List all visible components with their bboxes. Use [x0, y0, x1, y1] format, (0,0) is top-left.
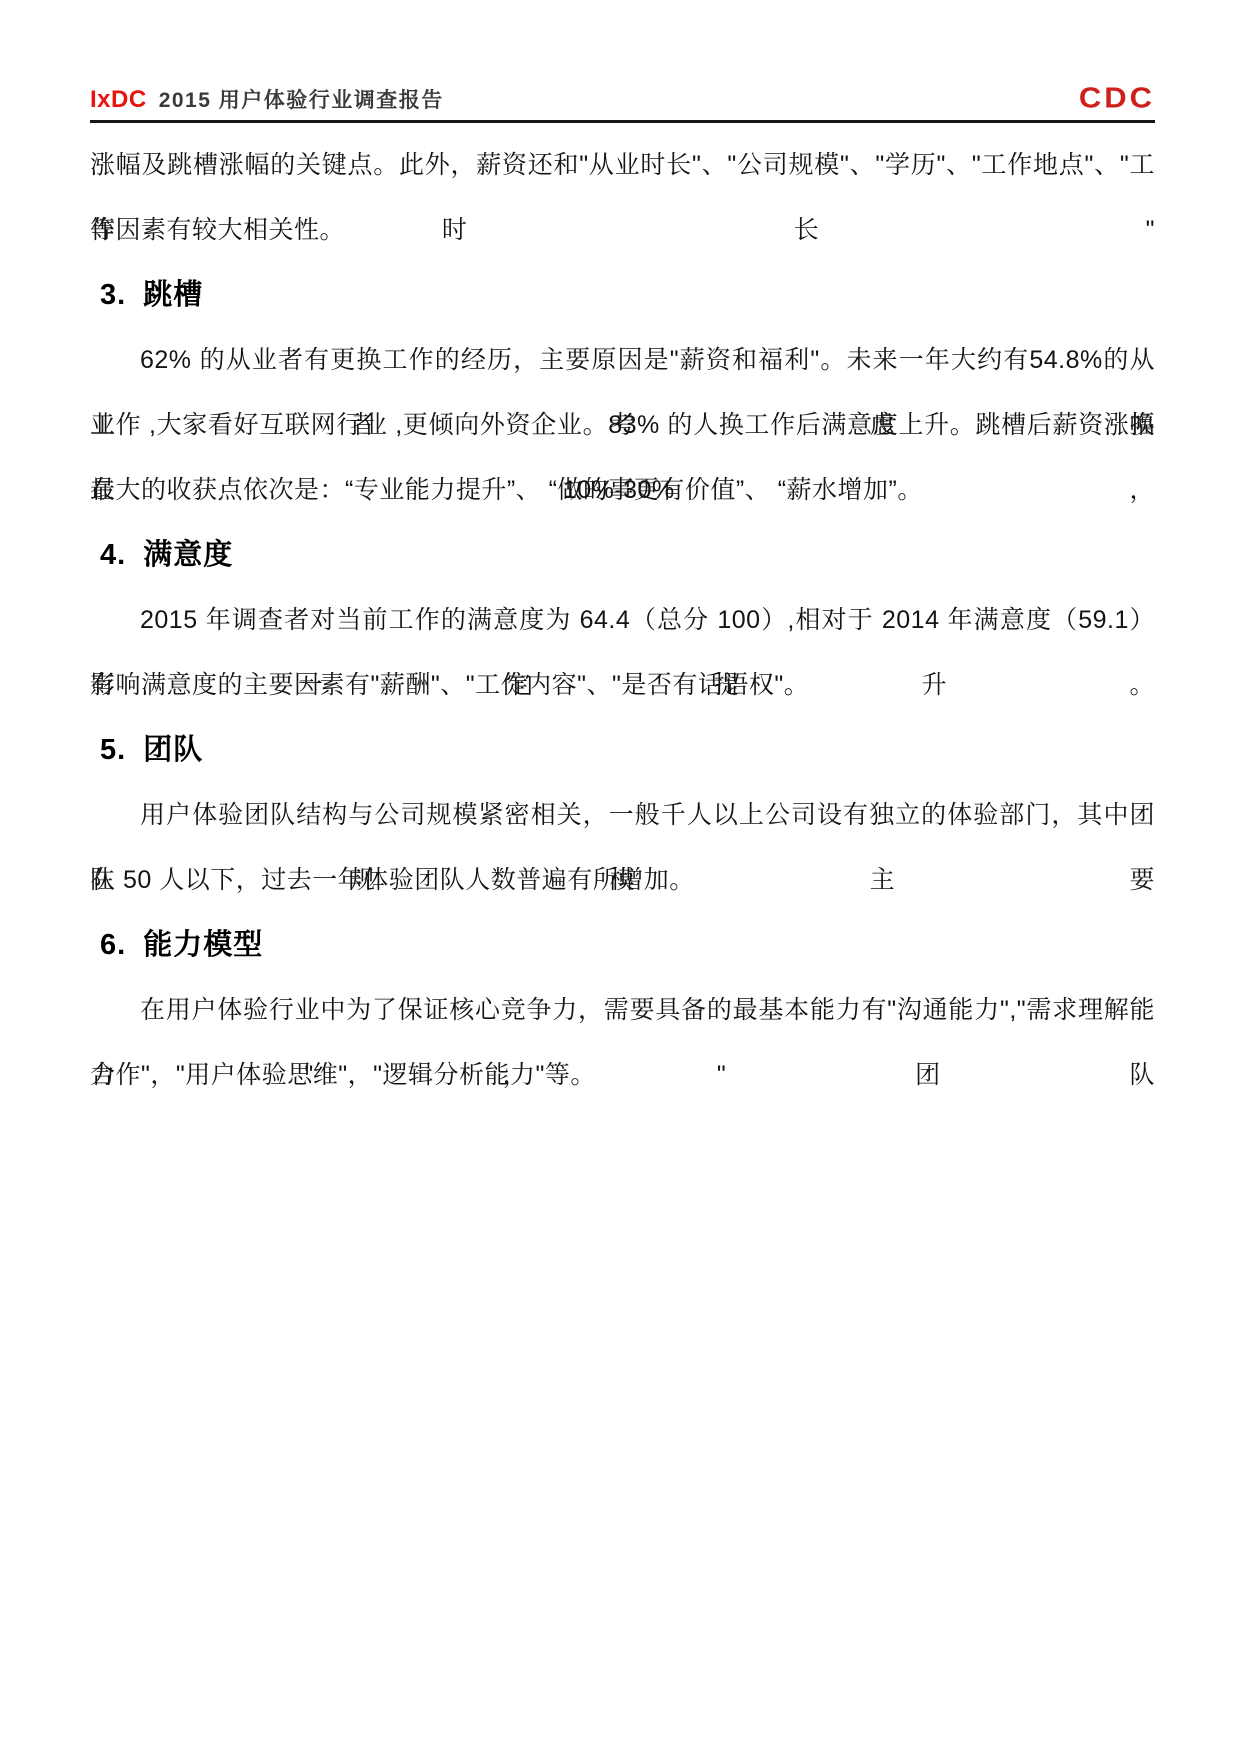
cdc-logo: CDC	[1079, 83, 1155, 112]
document-title: 2015 用户体验行业调查报告	[159, 90, 444, 111]
report-page: IxDC 2015 用户体验行业调查报告 CDC 涨幅及跳槽涨幅的关键点。此外，…	[0, 0, 1240, 1754]
page-header: IxDC 2015 用户体验行业调查报告 CDC	[90, 70, 1155, 112]
body-line: 涨幅及跳槽涨幅的关键点。此外，薪资还和"从业时长"、"公司规模"、"学历"、"工…	[90, 133, 1155, 198]
document-body: 涨幅及跳槽涨幅的关键点。此外，薪资还和"从业时长"、"公司规模"、"学历"、"工…	[90, 123, 1155, 1108]
body-line: 62% 的从业者有更换工作的经历，主要原因是"薪资和福利"。未来一年大约有54.…	[90, 328, 1155, 393]
body-line: 2015 年调查者对当前工作的满意度为 64.4（总分 100）,相对于 201…	[90, 588, 1155, 653]
header-left-group: IxDC 2015 用户体验行业调查报告	[90, 88, 444, 112]
section-heading-6: 6. 能力模型	[90, 913, 1155, 978]
section-heading-5: 5. 团队	[90, 718, 1155, 783]
ixdc-logo: IxDC	[90, 88, 147, 112]
body-line: 在用户体验行业中为了保证核心竞争力，需要具备的最基本能力有"沟通能力","需求理…	[90, 978, 1155, 1043]
body-line: 用户体验团队结构与公司规模紧密相关，一般千人以上公司设有独立的体验部门，其中团队…	[90, 783, 1155, 848]
body-line: 工作 ,大家看好互联网行业 ,更倾向外资企业。83% 的人换工作后满意度上升。跳…	[90, 393, 1155, 458]
section-heading-3: 3. 跳槽	[90, 263, 1155, 328]
section-heading-4: 4. 满意度	[90, 523, 1155, 588]
